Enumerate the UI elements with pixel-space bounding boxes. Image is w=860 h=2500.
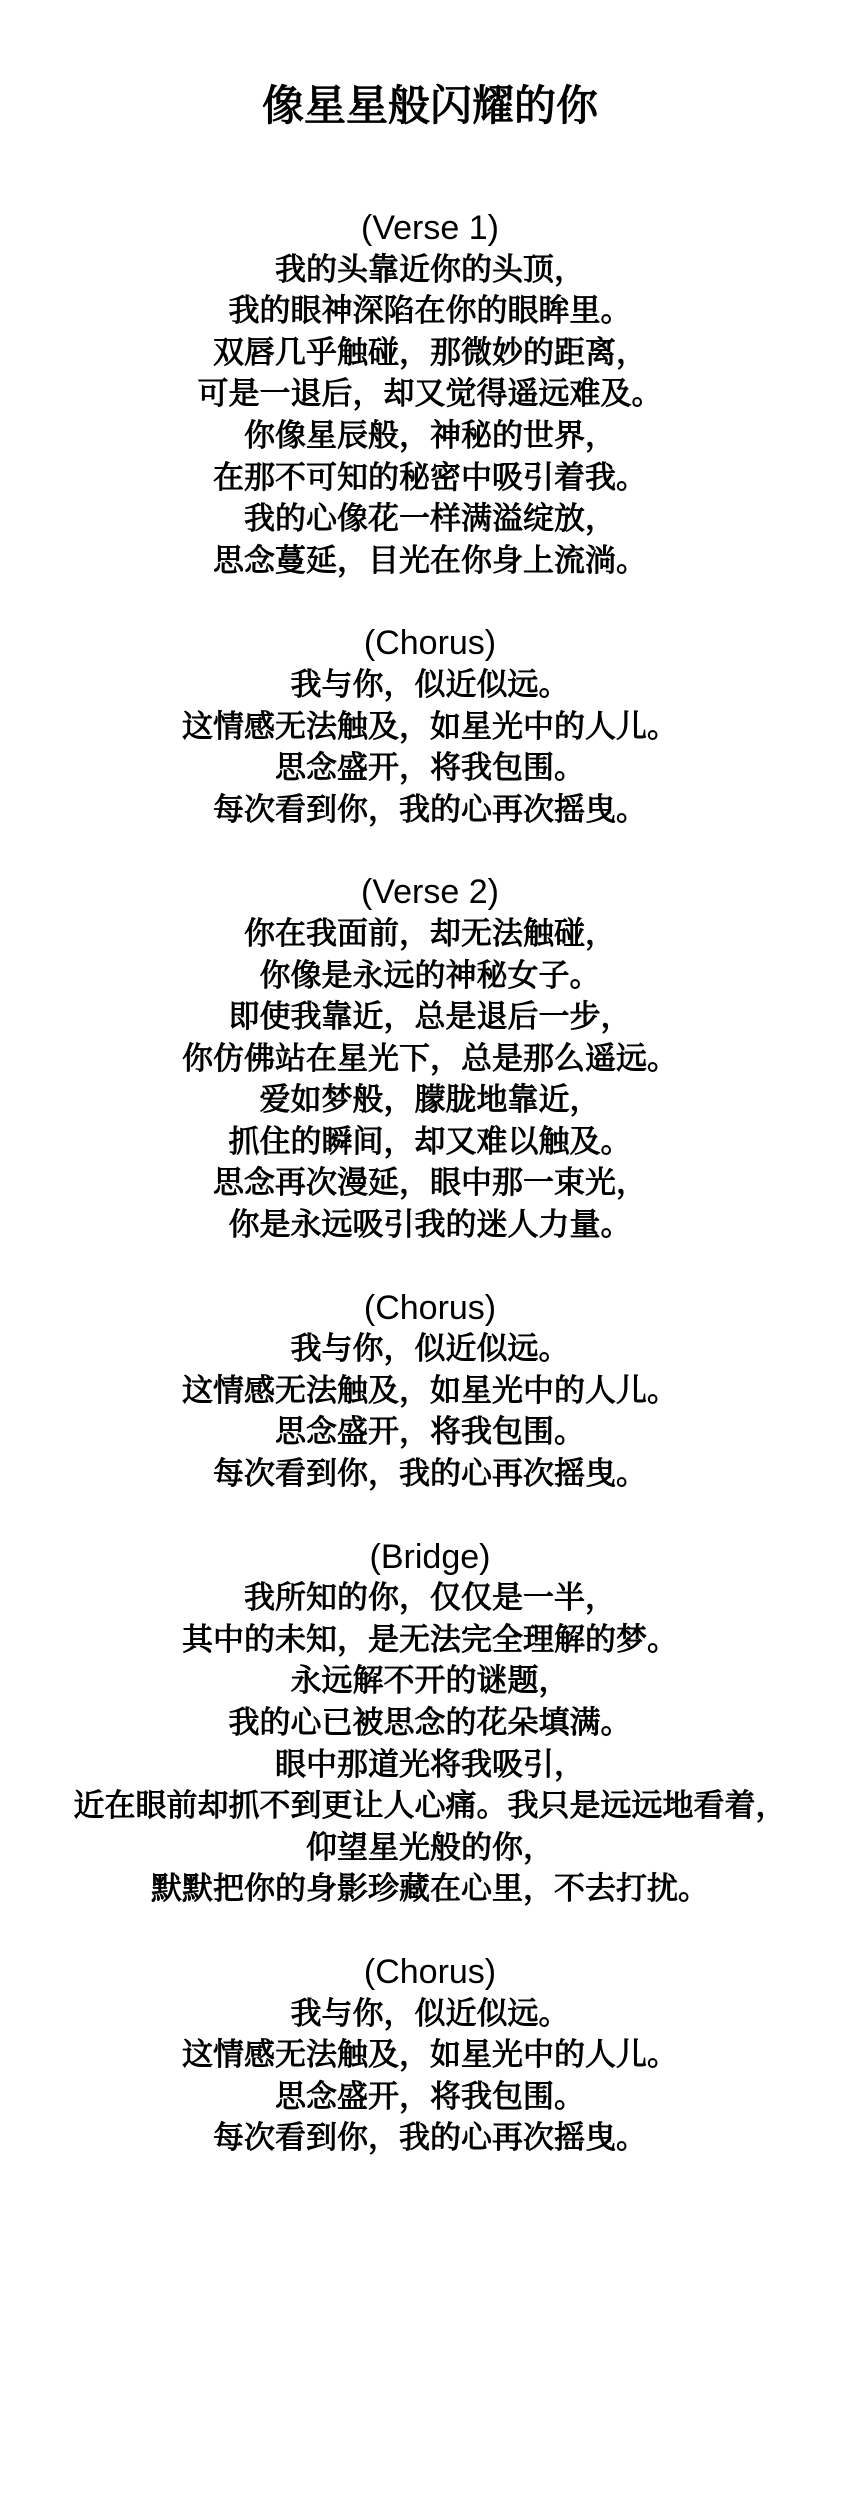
lyric-line: 思念盛开，将我包围。 — [0, 2077, 860, 2119]
lyric-line: 即使我靠近，总是退后一步， — [0, 997, 860, 1039]
lyric-line: 我与你，似近似远。 — [0, 665, 860, 707]
lyric-line: 这情感无法触及，如星光中的人儿。 — [0, 2035, 860, 2077]
section-chorus-1: (Chorus) 我与你，似近似远。 这情感无法触及，如星光中的人儿。 思念盛开… — [0, 623, 860, 831]
lyric-line: 我的头靠近你的头顶， — [0, 250, 860, 292]
section-heading: (Bridge) — [0, 1537, 860, 1579]
lyric-line: 每次看到你，我的心再次摇曳。 — [0, 1454, 860, 1496]
lyric-line: 每次看到你，我的心再次摇曳。 — [0, 2118, 860, 2160]
section-heading: (Verse 1) — [0, 208, 860, 250]
lyric-line: 我与你，似近似远。 — [0, 1994, 860, 2036]
lyric-line: 你像星辰般，神秘的世界， — [0, 416, 860, 458]
lyric-line: 你仿佛站在星光下，总是那么遥远。 — [0, 1039, 860, 1081]
lyric-line: 每次看到你，我的心再次摇曳。 — [0, 790, 860, 832]
lyric-line: 思念盛开，将我包围。 — [0, 748, 860, 790]
lyric-line: 这情感无法触及，如星光中的人儿。 — [0, 707, 860, 749]
lyric-line: 仰望星光般的你， — [0, 1828, 860, 1870]
lyric-line: 在那不可知的秘密中吸引着我。 — [0, 458, 860, 500]
song-title: 像星星般闪耀的你 — [0, 0, 860, 136]
lyric-line: 永远解不开的谜题， — [0, 1661, 860, 1703]
lyric-line: 你像是永远的神秘女子。 — [0, 956, 860, 998]
lyrics-body: (Verse 1) 我的头靠近你的头顶， 我的眼神深陷在你的眼眸里。 双唇几乎触… — [0, 136, 860, 2160]
lyric-line: 可是一退后，却又觉得遥远难及。 — [0, 374, 860, 416]
lyric-line: 我的心已被思念的花朵填满。 — [0, 1703, 860, 1745]
lyric-line: 双唇几乎触碰，那微妙的距离， — [0, 333, 860, 375]
lyric-line: 默默把你的身影珍藏在心里，不去打扰。 — [0, 1869, 860, 1911]
lyric-line: 思念盛开，将我包围。 — [0, 1412, 860, 1454]
lyric-line: 抓住的瞬间，却又难以触及。 — [0, 1122, 860, 1164]
lyric-line: 我所知的你，仅仅是一半， — [0, 1578, 860, 1620]
lyric-line: 我的眼神深陷在你的眼眸里。 — [0, 291, 860, 333]
lyric-line: 你是永远吸引我的迷人力量。 — [0, 1205, 860, 1247]
section-verse-2: (Verse 2) 你在我面前，却无法触碰， 你像是永远的神秘女子。 即使我靠近… — [0, 872, 860, 1246]
section-heading: (Chorus) — [0, 623, 860, 665]
lyric-line: 思念再次漫延，眼中那一束光， — [0, 1163, 860, 1205]
lyric-line: 爱如梦般，朦胧地靠近， — [0, 1080, 860, 1122]
lyric-line: 我与你，似近似远。 — [0, 1329, 860, 1371]
lyric-line: 我的心像花一样满溢绽放， — [0, 499, 860, 541]
section-verse-1: (Verse 1) 我的头靠近你的头顶， 我的眼神深陷在你的眼眸里。 双唇几乎触… — [0, 208, 860, 582]
section-chorus-2: (Chorus) 我与你，似近似远。 这情感无法触及，如星光中的人儿。 思念盛开… — [0, 1288, 860, 1496]
lyric-line: 你在我面前，却无法触碰， — [0, 914, 860, 956]
lyric-line: 这情感无法触及，如星光中的人儿。 — [0, 1371, 860, 1413]
section-heading: (Chorus) — [0, 1952, 860, 1994]
section-heading: (Chorus) — [0, 1288, 860, 1330]
lyric-line: 近在眼前却抓不到更让人心痛。我只是远远地看着， — [0, 1786, 860, 1828]
section-bridge: (Bridge) 我所知的你，仅仅是一半， 其中的未知，是无法完全理解的梦。 永… — [0, 1537, 860, 1911]
section-heading: (Verse 2) — [0, 872, 860, 914]
lyric-line: 思念蔓延，目光在你身上流淌。 — [0, 541, 860, 583]
lyric-line: 眼中那道光将我吸引， — [0, 1745, 860, 1787]
lyric-line: 其中的未知，是无法完全理解的梦。 — [0, 1620, 860, 1662]
section-chorus-3: (Chorus) 我与你，似近似远。 这情感无法触及，如星光中的人儿。 思念盛开… — [0, 1952, 860, 2160]
lyrics-page: 像星星般闪耀的你 (Verse 1) 我的头靠近你的头顶， 我的眼神深陷在你的眼… — [0, 0, 860, 2160]
